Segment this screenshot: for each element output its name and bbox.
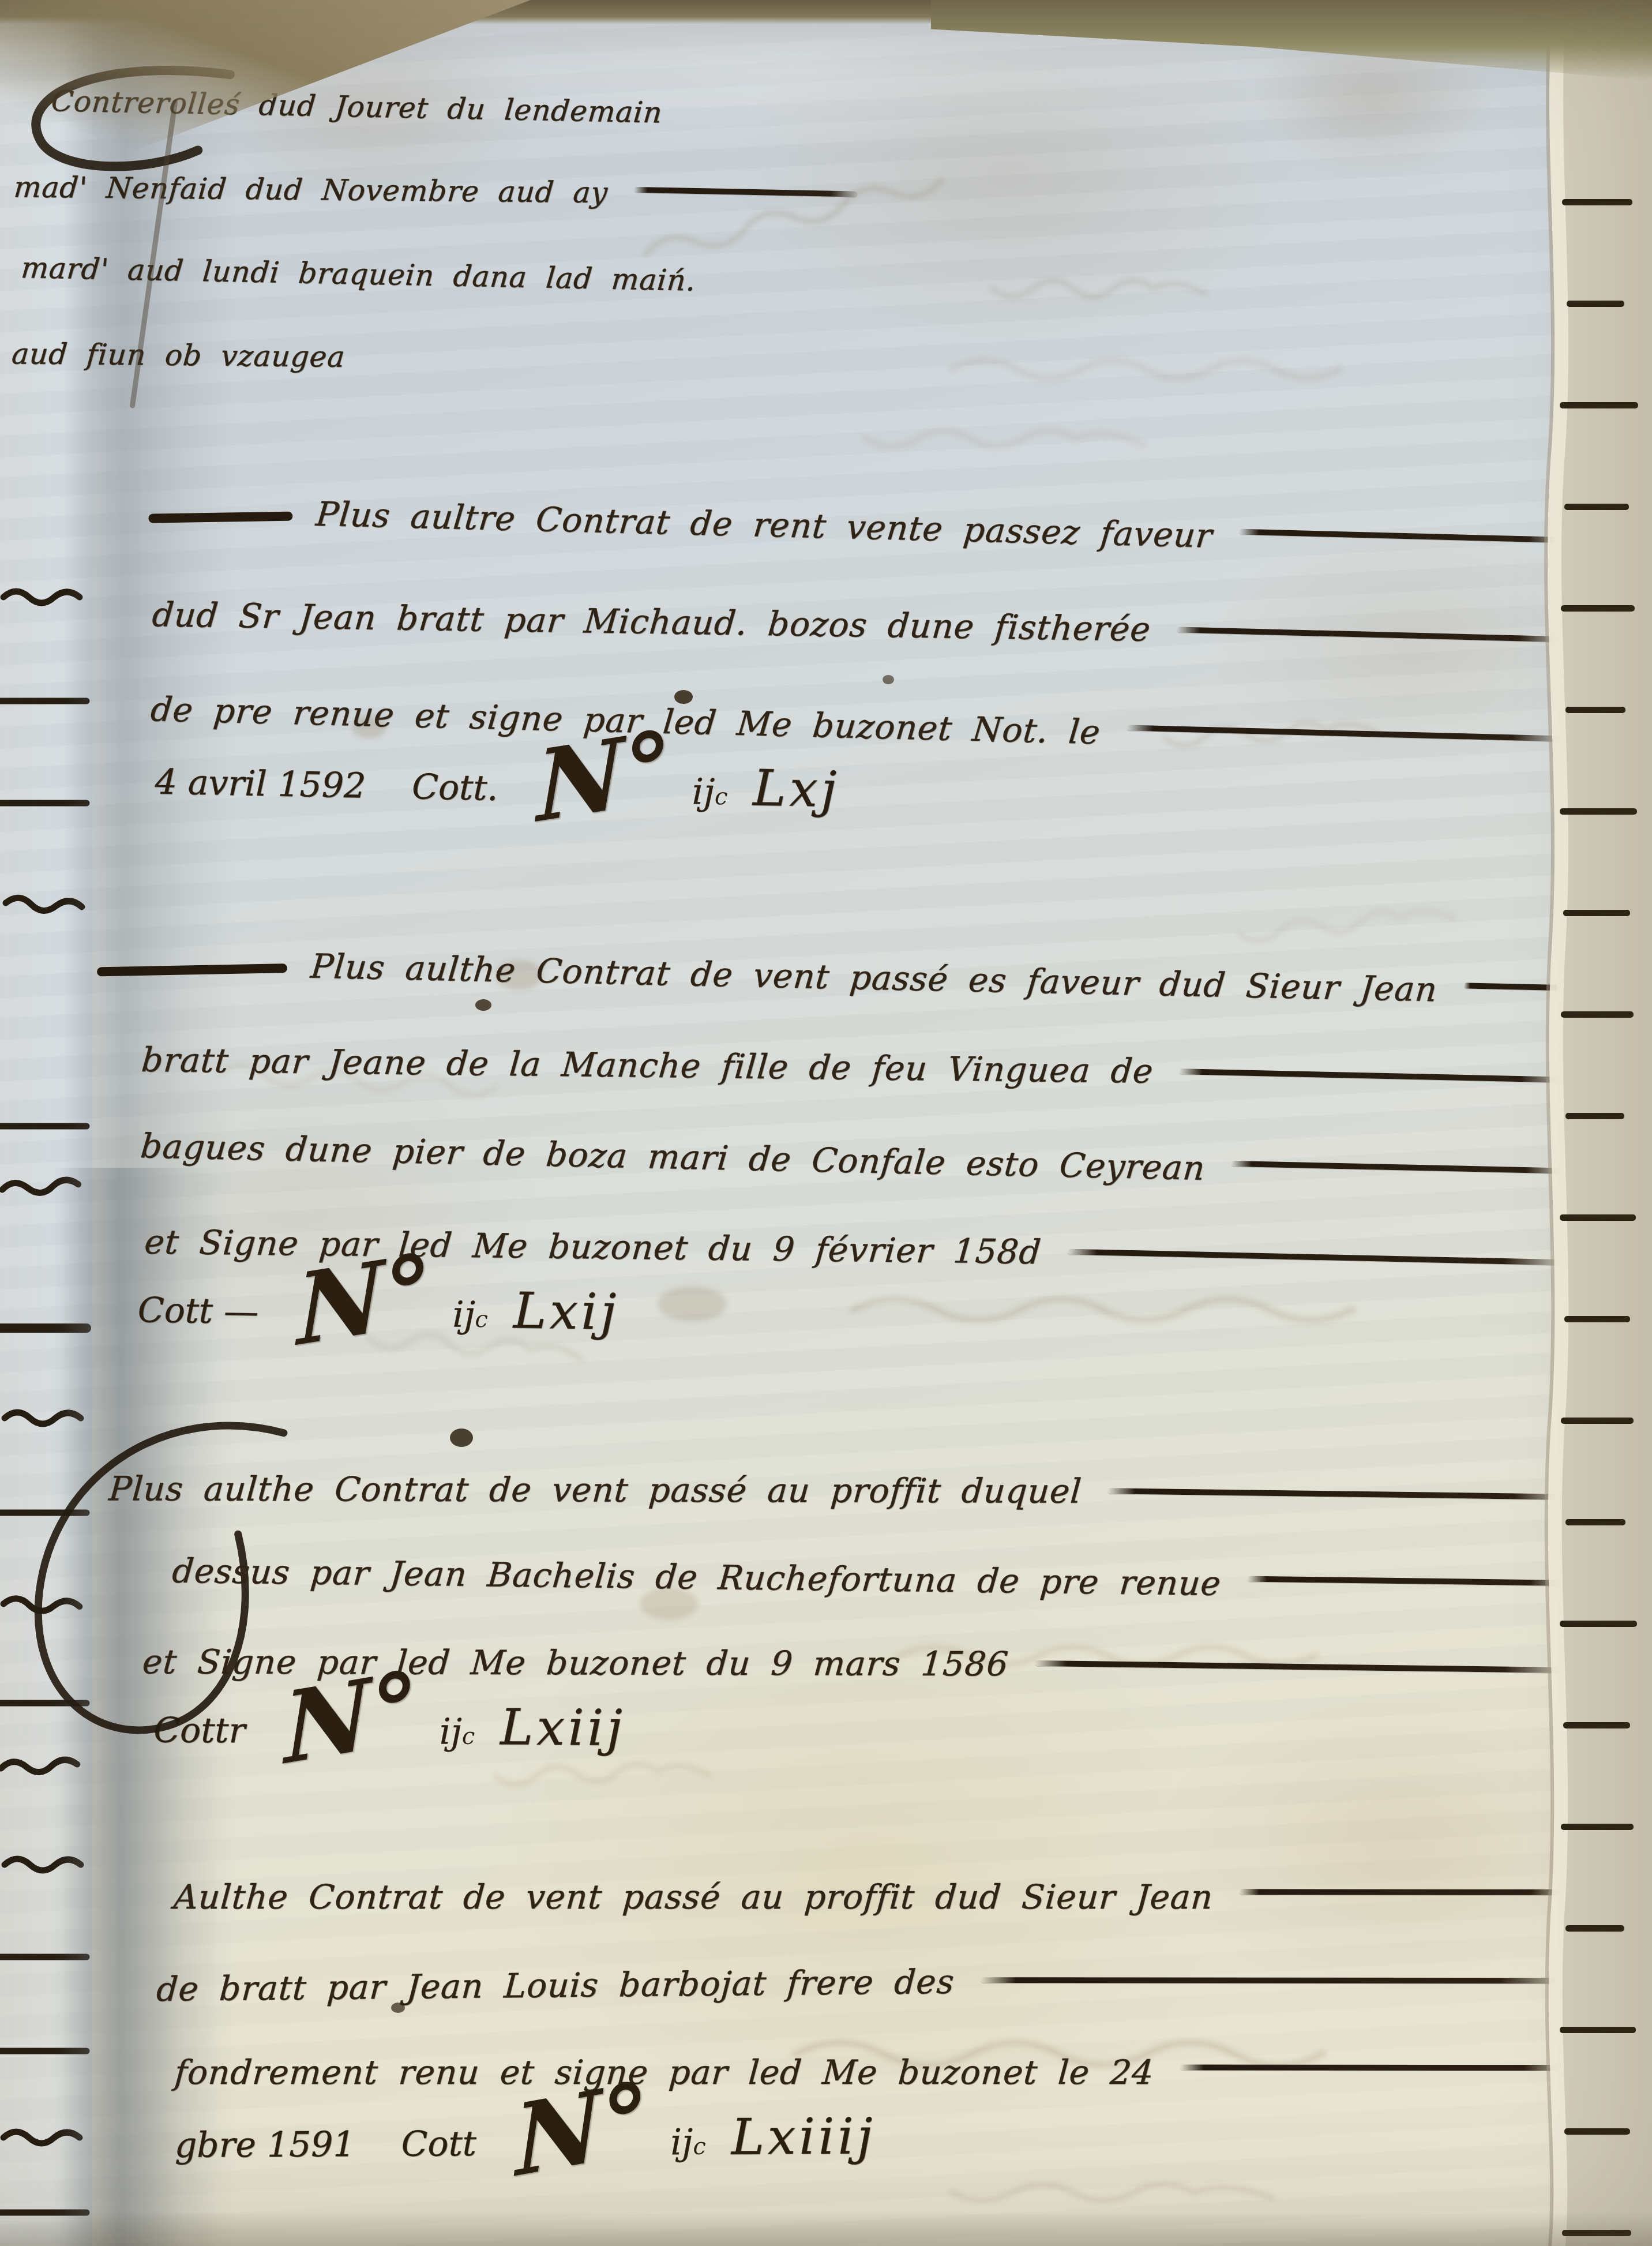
line-filler-stroke <box>981 1977 1571 1983</box>
cote-hundreds-exponent: c <box>714 783 727 810</box>
register-entry-3: Plus aulthe Contrat de vent passé au pro… <box>142 1424 1575 1803</box>
line-filler-stroke <box>1108 1488 1570 1499</box>
numero-paraph: N° <box>296 1264 433 1334</box>
cote-hundreds: ij <box>440 1711 463 1753</box>
cote-date: gbre 1591 <box>175 2124 355 2166</box>
line-text: et Signe par led Me buzonet du 9 mars 15… <box>141 1644 1009 1688</box>
register-entry-4: Aulthe Contrat de vent passé au proffit … <box>144 1828 1576 2214</box>
register-entry-2: Plus aulthe Contrat de vent passé es fav… <box>137 899 1575 1401</box>
line-text: de bratt par Jean Louis barbojat frere d… <box>155 1964 955 2013</box>
line-filler-stroke <box>1127 725 1565 741</box>
text-line: dessus par Jean Bachelis de Ruchefortuna… <box>143 1510 1574 1607</box>
cote-line: gbre 1591 Cott N° ijc Lxiiij <box>145 2091 1576 2214</box>
line-text: mad' Nenfaid dud Novembre aud ay <box>13 172 609 213</box>
underlying-page <box>1555 0 1652 2246</box>
line-filler-stroke <box>634 187 857 197</box>
cote-numeral: Lxiij <box>500 1698 626 1757</box>
line-text: Plus aulthe Contrat de vent passé au pro… <box>107 1471 1083 1514</box>
cote-numeral: Lxij <box>513 1282 619 1341</box>
lead-flourish-stroke <box>148 512 292 523</box>
cote-hundreds: ij <box>670 2121 693 2163</box>
cote-numeral: Lxj <box>753 759 840 819</box>
line-text: fondrement renu et signe par led Me buzo… <box>173 2055 1155 2096</box>
torn-edge <box>1502 0 1652 2246</box>
cote-label: Cott <box>401 2124 476 2165</box>
page-content: Contrerolleś dud Jouret du lendemain mad… <box>0 0 1652 2246</box>
numero-paraph: N° <box>536 741 673 812</box>
numero-paraph: N° <box>283 1681 420 1753</box>
register-entry-1: Plus aultre Contrat de rent vente passez… <box>136 437 1575 886</box>
cote-hundreds: ij <box>452 1293 475 1336</box>
lead-flourish-stroke <box>97 963 287 976</box>
cote-line: Cott — N° ijc Lxij <box>137 1263 1569 1401</box>
cote-label: Cott — <box>137 1290 258 1332</box>
cote-numeral: Lxiiij <box>731 2108 876 2166</box>
text-line: mard' aud lundi braquein dana lad maiń. <box>13 207 862 302</box>
bottom-edge-shade <box>0 2211 1652 2246</box>
cote-hundreds-exponent: c <box>462 1723 475 1750</box>
cote-hundreds-exponent: c <box>475 1306 488 1333</box>
cote-hundreds: ij <box>692 770 715 813</box>
text-line: Plus aulthe Contrat de vent passé au pro… <box>109 1424 1575 1521</box>
cote-label: Cott. <box>412 767 499 809</box>
cote-date: 4 avril 1592 <box>155 762 366 806</box>
text-line: de bratt par Jean Louis barbojat frere d… <box>145 1916 1576 2011</box>
text-line: Aulthe Contrat de vent passé au proffit … <box>144 1828 1575 1923</box>
line-text: Aulthe Contrat de vent passé au proffit … <box>172 1880 1214 1921</box>
manuscript-photo: Contrerolleś dud Jouret du lendemain mad… <box>0 0 1652 2246</box>
line-filler-stroke <box>1035 1660 1568 1673</box>
line-text: aud fiun ob vzaugea <box>10 339 347 378</box>
text-line: fondrement renu et signe par led Me buzo… <box>145 2004 1576 2099</box>
line-filler-stroke <box>1067 1249 1564 1266</box>
cote-line: Cottr N° ijc Lxiij <box>142 1683 1573 1803</box>
cote-hundreds-exponent: c <box>693 2133 706 2160</box>
numero-paraph: N° <box>514 2092 651 2165</box>
